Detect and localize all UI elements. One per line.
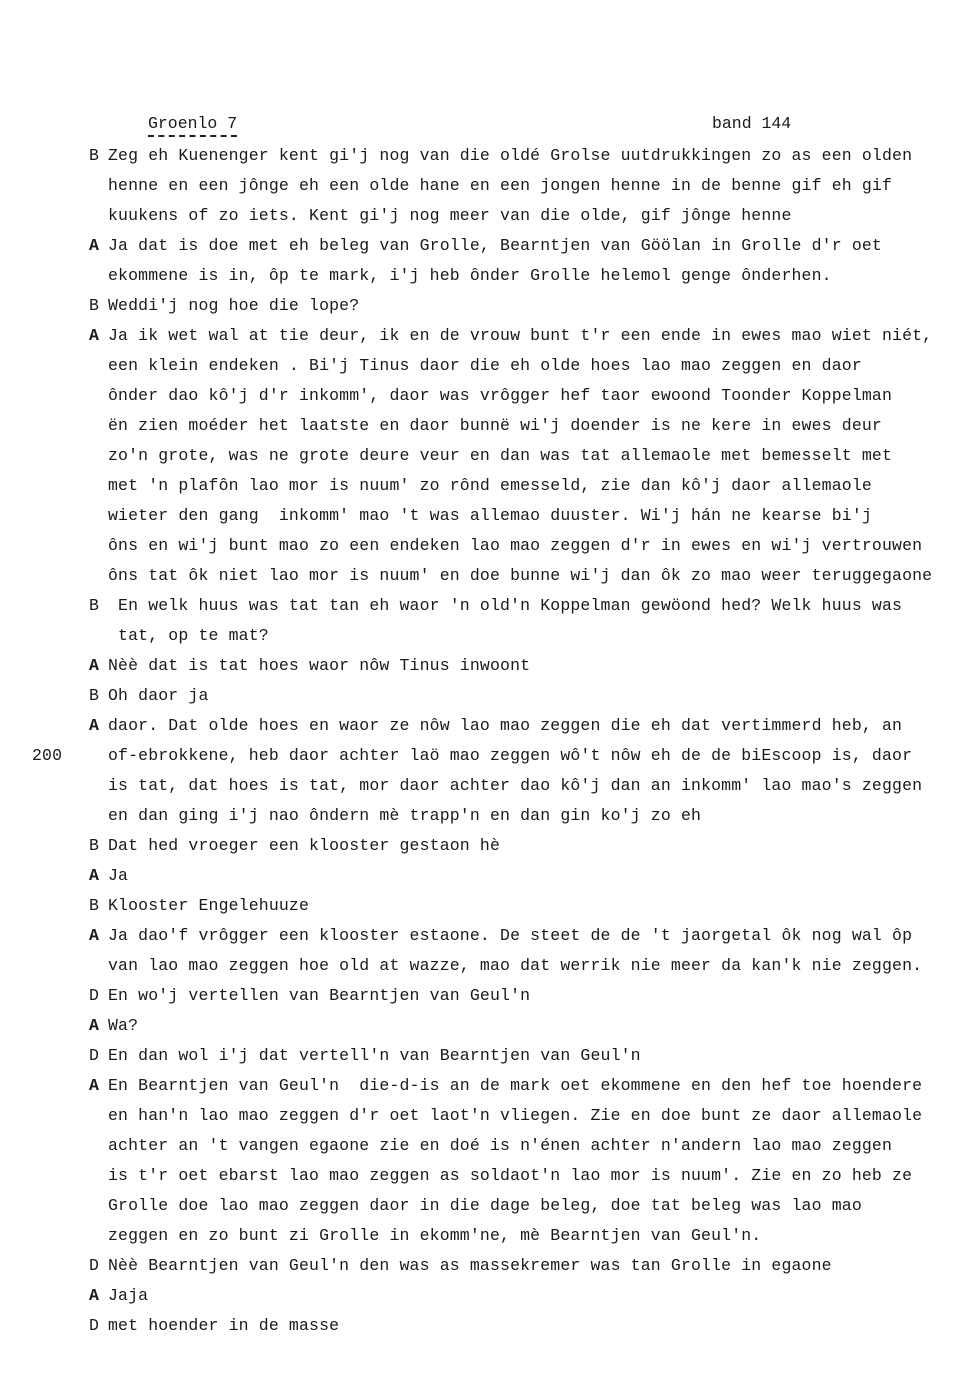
line-text: ônder dao kô'j d'r inkomm', daor was vrô… xyxy=(108,385,892,407)
speaker-label: A xyxy=(89,1075,105,1097)
speaker-label: A xyxy=(89,865,105,887)
line-text: Ja xyxy=(108,865,128,887)
band-number: band 144 xyxy=(712,114,791,134)
line-text: tat, op te mat? xyxy=(108,625,269,647)
transcript-line: BWeddi'j nog hoe die lope? xyxy=(0,295,979,325)
line-text: of-ebrokkene, heb daor achter laö mao ze… xyxy=(108,745,912,767)
transcript-line: Dmet hoender in de masse xyxy=(0,1315,979,1345)
line-text: en han'n lao mao zeggen d'r oet laot'n v… xyxy=(108,1105,922,1127)
speaker-label: B xyxy=(89,145,105,167)
line-text: een klein endeken . Bi'j Tinus daor die … xyxy=(108,355,862,377)
speaker-label: A xyxy=(89,235,105,257)
line-text: henne en een jônge eh een olde hane en e… xyxy=(108,175,892,197)
line-text: zo'n grote, was ne grote deure veur en d… xyxy=(108,445,892,467)
line-text: Ja dao'f vrôgger een klooster estaone. D… xyxy=(108,925,912,947)
transcript-line: AJa dao'f vrôgger een klooster estaone. … xyxy=(0,925,979,955)
line-text: Klooster Engelehuuze xyxy=(108,895,309,917)
line-text: kuukens of zo iets. Kent gi'j nog meer v… xyxy=(108,205,792,227)
line-text: Nèè Bearntjen van Geul'n den was as mass… xyxy=(108,1255,832,1277)
line-text: Ja ik wet wal at tie deur, ik en de vrou… xyxy=(108,325,932,347)
transcript-line: ôns en wi'j bunt mao zo een endeken lao … xyxy=(0,535,979,565)
transcript-line: AJa xyxy=(0,865,979,895)
transcript-line: AJa ik wet wal at tie deur, ik en de vro… xyxy=(0,325,979,355)
line-text: met 'n plafôn lao mor is nuum' zo rônd e… xyxy=(108,475,872,497)
speaker-label: A xyxy=(89,925,105,947)
transcript-line: Grolle doe lao mao zeggen daor in die da… xyxy=(0,1195,979,1225)
transcript-line: DNèè Bearntjen van Geul'n den was as mas… xyxy=(0,1255,979,1285)
line-text: Wa? xyxy=(108,1015,138,1037)
transcript-line: BDat hed vroeger een klooster gestaon hè xyxy=(0,835,979,865)
speaker-label: B xyxy=(89,895,105,917)
transcript-line: zo'n grote, was ne grote deure veur en d… xyxy=(0,445,979,475)
speaker-label: A xyxy=(89,325,105,347)
transcript-page: Groenlo 7 band 144 BZeg eh Kuenenger ken… xyxy=(0,0,979,1393)
transcript-line: BKlooster Engelehuuze xyxy=(0,895,979,925)
line-text: Ja dat is doe met eh beleg van Grolle, B… xyxy=(108,235,882,257)
transcript-line: is tat, dat hoes is tat, mor daor achter… xyxy=(0,775,979,805)
transcript-line: Adaor. Dat olde hoes en waor ze nôw lao … xyxy=(0,715,979,745)
line-text: Weddi'j nog hoe die lope? xyxy=(108,295,359,317)
transcript-line: ekommene is in, ôp te mark, i'j heb ônde… xyxy=(0,265,979,295)
speaker-label: B xyxy=(89,595,105,617)
speaker-label: D xyxy=(89,1315,105,1337)
transcript-line: ANèè dat is tat hoes waor nôw Tinus inwo… xyxy=(0,655,979,685)
line-text: van lao mao zeggen hoe old at wazze, mao… xyxy=(108,955,922,977)
line-text: Jaja xyxy=(108,1285,148,1307)
document-title: Groenlo 7 xyxy=(148,114,237,137)
line-text: Dat hed vroeger een klooster gestaon hè xyxy=(108,835,500,857)
transcript-line: een klein endeken . Bi'j Tinus daor die … xyxy=(0,355,979,385)
transcript-line: zeggen en zo bunt zi Grolle in ekomm'ne,… xyxy=(0,1225,979,1255)
line-text: zeggen en zo bunt zi Grolle in ekomm'ne,… xyxy=(108,1225,761,1247)
line-text: Oh daor ja xyxy=(108,685,209,707)
transcript-line: van lao mao zeggen hoe old at wazze, mao… xyxy=(0,955,979,985)
line-text: daor. Dat olde hoes en waor ze nôw lao m… xyxy=(108,715,902,737)
speaker-label: B xyxy=(89,295,105,317)
transcript-line: DEn dan wol i'j dat vertell'n van Bearnt… xyxy=(0,1045,979,1075)
transcript-line: ën zien moéder het laatste en daor bunnë… xyxy=(0,415,979,445)
line-text: wieter den gang inkomm' mao 't was allem… xyxy=(108,505,872,527)
transcript-line: AJa dat is doe met eh beleg van Grolle, … xyxy=(0,235,979,265)
line-text: Grolle doe lao mao zeggen daor in die da… xyxy=(108,1195,862,1217)
transcript-line: ônder dao kô'j d'r inkomm', daor was vrô… xyxy=(0,385,979,415)
transcript-line: of-ebrokkene, heb daor achter laö mao ze… xyxy=(0,745,979,775)
line-text: is tat, dat hoes is tat, mor daor achter… xyxy=(108,775,922,797)
line-text: En wo'j vertellen van Bearntjen van Geul… xyxy=(108,985,530,1007)
line-text: ôns en wi'j bunt mao zo een endeken lao … xyxy=(108,535,922,557)
transcript-line: AEn Bearntjen van Geul'n die-d-is an de … xyxy=(0,1075,979,1105)
transcript-line: tat, op te mat? xyxy=(0,625,979,655)
transcript-line: AWa? xyxy=(0,1015,979,1045)
line-text: en dan ging i'j nao ôndern mè trapp'n en… xyxy=(108,805,701,827)
line-text: ôns tat ôk niet lao mor is nuum' en doe … xyxy=(108,565,932,587)
transcript-line: met 'n plafôn lao mor is nuum' zo rônd e… xyxy=(0,475,979,505)
speaker-label: D xyxy=(89,1255,105,1277)
transcript-line: BOh daor ja xyxy=(0,685,979,715)
line-text: En dan wol i'j dat vertell'n van Bearntj… xyxy=(108,1045,641,1067)
transcript-line: henne en een jônge eh een olde hane en e… xyxy=(0,175,979,205)
speaker-label: B xyxy=(89,685,105,707)
transcript-line: ôns tat ôk niet lao mor is nuum' en doe … xyxy=(0,565,979,595)
speaker-label: A xyxy=(89,655,105,677)
speaker-label: D xyxy=(89,1045,105,1067)
line-text: En Bearntjen van Geul'n die-d-is an de m… xyxy=(108,1075,922,1097)
speaker-label: A xyxy=(89,715,105,737)
margin-line-number: 200 xyxy=(32,745,62,767)
transcript-line: AJaja xyxy=(0,1285,979,1315)
transcript-line: is t'r oet ebarst lao mao zeggen as sold… xyxy=(0,1165,979,1195)
transcript-line: en han'n lao mao zeggen d'r oet laot'n v… xyxy=(0,1105,979,1135)
line-text: ën zien moéder het laatste en daor bunnë… xyxy=(108,415,882,437)
transcript-line: wieter den gang inkomm' mao 't was allem… xyxy=(0,505,979,535)
line-text: Zeg eh Kuenenger kent gi'j nog van die o… xyxy=(108,145,912,167)
speaker-label: D xyxy=(89,985,105,1007)
transcript-line: BZeg eh Kuenenger kent gi'j nog van die … xyxy=(0,145,979,175)
speaker-label: A xyxy=(89,1015,105,1037)
transcript-line: en dan ging i'j nao ôndern mè trapp'n en… xyxy=(0,805,979,835)
transcript-line: DEn wo'j vertellen van Bearntjen van Geu… xyxy=(0,985,979,1015)
line-text: En welk huus was tat tan eh waor 'n old'… xyxy=(108,595,902,617)
line-text: achter an 't vangen egaone zie en doé is… xyxy=(108,1135,892,1157)
line-text: is t'r oet ebarst lao mao zeggen as sold… xyxy=(108,1165,912,1187)
speaker-label: B xyxy=(89,835,105,857)
transcript-line: kuukens of zo iets. Kent gi'j nog meer v… xyxy=(0,205,979,235)
line-text: ekommene is in, ôp te mark, i'j heb ônde… xyxy=(108,265,832,287)
transcript-line: achter an 't vangen egaone zie en doé is… xyxy=(0,1135,979,1165)
line-text: Nèè dat is tat hoes waor nôw Tinus inwoo… xyxy=(108,655,530,677)
speaker-label: A xyxy=(89,1285,105,1307)
transcript-line: B En welk huus was tat tan eh waor 'n ol… xyxy=(0,595,979,625)
line-text: met hoender in de masse xyxy=(108,1315,339,1337)
